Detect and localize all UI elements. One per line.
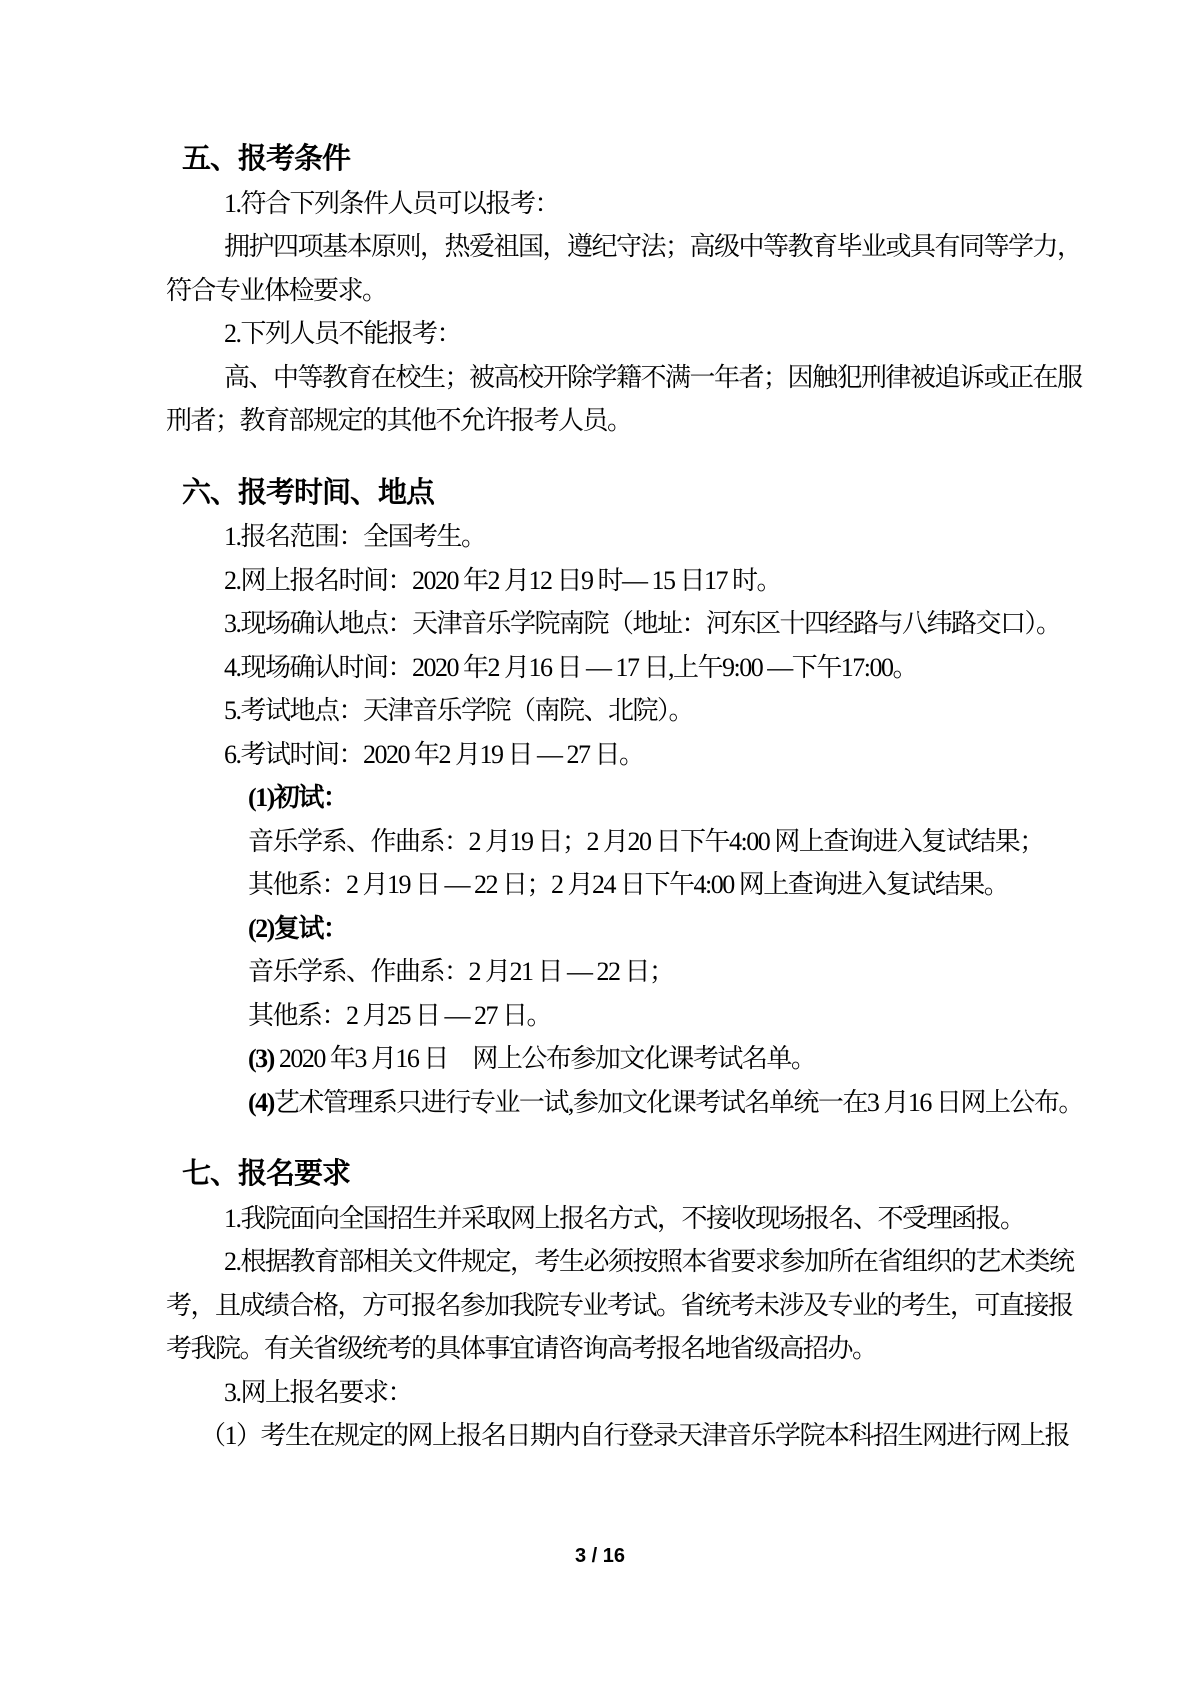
section-heading: 六、报考时间、地点	[182, 472, 1146, 516]
text-line: 6.考试时间：2020 年2 月19 日 — 27 日。	[166, 733, 1146, 777]
text-line: 符合专业体检要求。	[166, 269, 1146, 313]
text-line: 3.现场确认地点：天津音乐学院南院（地址：河东区十四经路与八纬路交口）。	[166, 602, 1146, 646]
paren-label: (4)	[248, 1088, 274, 1117]
text-line-body: 2020 年3 月16 日 网上公布参加文化课考试名单。	[274, 1044, 816, 1073]
text-line: 2.根据教育部相关文件规定，考生必须按照本省要求参加所在省组织的艺术类统	[166, 1240, 1146, 1284]
section-application-conditions: 五、报考条件 1.符合下列条件人员可以报考： 拥护四项基本原则，热爱祖国，遵纪守…	[166, 138, 1146, 443]
text-line: 1.报名范围：全国考生。	[166, 515, 1146, 559]
document-content: 五、报考条件 1.符合下列条件人员可以报考： 拥护四项基本原则，热爱祖国，遵纪守…	[166, 138, 1146, 1458]
paren-label: (3)	[248, 1044, 274, 1073]
text-line: 拥护四项基本原则，热爱祖国，遵纪守法；高级中等教育毕业或具有同等学力，	[166, 225, 1146, 269]
text-line: 5.考试地点：天津音乐学院（南院、北院）。	[166, 689, 1146, 733]
text-line: 考，且成绩合格，方可报名参加我院专业考试。省统考未涉及专业的考生，可直接报	[166, 1284, 1146, 1328]
text-line: 2.网上报名时间：2020 年2 月12 日9 时— 15 日17 时。	[166, 559, 1146, 603]
text-line: (4)艺术管理系只进行专业一试,参加文化课考试名单统一在3 月16 日网上公布。	[248, 1081, 1146, 1125]
text-line: 音乐学系、作曲系：2 月19 日；2 月20 日下午4:00 网上查询进入复试结…	[248, 820, 1146, 864]
text-line: 其他系：2 月19 日 — 22 日；2 月24 日下午4:00 网上查询进入复…	[248, 863, 1146, 907]
text-line-second-round-label: (2)复试：	[248, 907, 1146, 951]
text-line: 高、中等教育在校生；被高校开除学籍不满一年者；因触犯刑律被追诉或正在服	[166, 356, 1146, 400]
text-line-first-round-label: (1)初试：	[248, 776, 1146, 820]
section-registration-requirements: 七、报名要求 1.我院面向全国招生并采取网上报名方式，不接收现场报名、不受理函报…	[166, 1153, 1146, 1458]
section-heading: 五、报考条件	[182, 138, 1146, 182]
text-line: （1）考生在规定的网上报名日期内自行登录天津音乐学院本科招生网进行网上报	[166, 1414, 1146, 1458]
text-line: 刑者；教育部规定的其他不允许报考人员。	[166, 399, 1146, 443]
text-line: 音乐学系、作曲系：2 月21 日 — 22 日；	[248, 950, 1146, 994]
text-line-body: 艺术管理系只进行专业一试,参加文化课考试名单统一在3 月16 日网上公布。	[274, 1088, 1083, 1117]
text-line: 其他系：2 月25 日 — 27 日。	[248, 994, 1146, 1038]
text-line: 1.我院面向全国招生并采取网上报名方式，不接收现场报名、不受理函报。	[166, 1197, 1146, 1241]
section-exam-time-location: 六、报考时间、地点 1.报名范围：全国考生。 2.网上报名时间：2020 年2 …	[166, 472, 1146, 1125]
text-line: 1.符合下列条件人员可以报考：	[166, 182, 1146, 226]
section-heading: 七、报名要求	[182, 1153, 1146, 1197]
page-number: 3 / 16	[0, 1545, 1200, 1568]
text-line: 4.现场确认时间：2020 年2 月16 日 — 17 日,上午9:00 —下午…	[166, 646, 1146, 690]
text-line: (3) 2020 年3 月16 日 网上公布参加文化课考试名单。	[248, 1037, 1146, 1081]
text-line: 3.网上报名要求：	[166, 1371, 1146, 1415]
text-line: 2.下列人员不能报考：	[166, 312, 1146, 356]
text-line: 考我院。有关省级统考的具体事宜请咨询高考报名地省级高招办。	[166, 1327, 1146, 1371]
document-page: 五、报考条件 1.符合下列条件人员可以报考： 拥护四项基本原则，热爱祖国，遵纪守…	[0, 0, 1200, 1696]
